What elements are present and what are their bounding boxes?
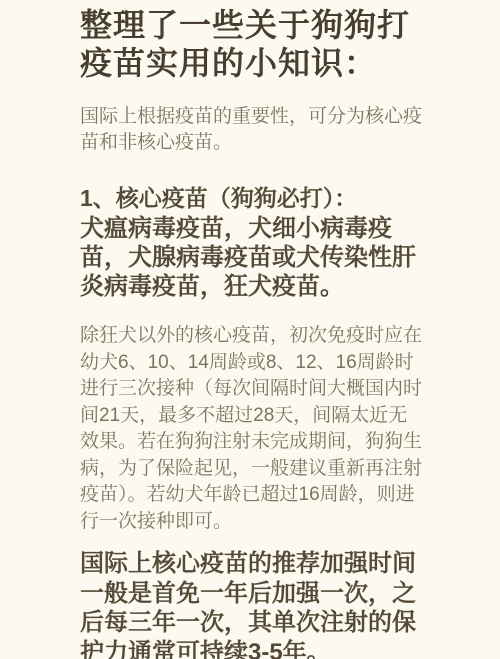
core-vaccine-list: 犬瘟病毒疫苗，犬细小病毒疫苗，犬腺病毒疫苗或犬传染性肝炎病毒疫苗，狂犬疫苗。: [80, 214, 426, 301]
vaccination-schedule-paragraph: 除狂犬以外的核心疫苗，初次免疫时应在幼犬6、10、14周龄或8、12、16周龄时…: [80, 323, 426, 535]
intro-paragraph: 国际上根据疫苗的重要性，可分为核心疫苗和非核心疫苗。: [80, 104, 426, 156]
booster-recommendation-paragraph: 国际上核心疫苗的推荐加强时间一般是首免一年后加强一次，之后每三年一次，其单次注射…: [80, 549, 426, 659]
note-page: 整理了一些关于狗狗打疫苗实用的小知识： 国际上根据疫苗的重要性，可分为核心疫苗和…: [0, 0, 500, 659]
section-heading-core-vaccines: 1、核心疫苗（狗狗必打）：: [80, 183, 426, 213]
page-title: 整理了一些关于狗狗打疫苗实用的小知识：: [80, 6, 426, 82]
